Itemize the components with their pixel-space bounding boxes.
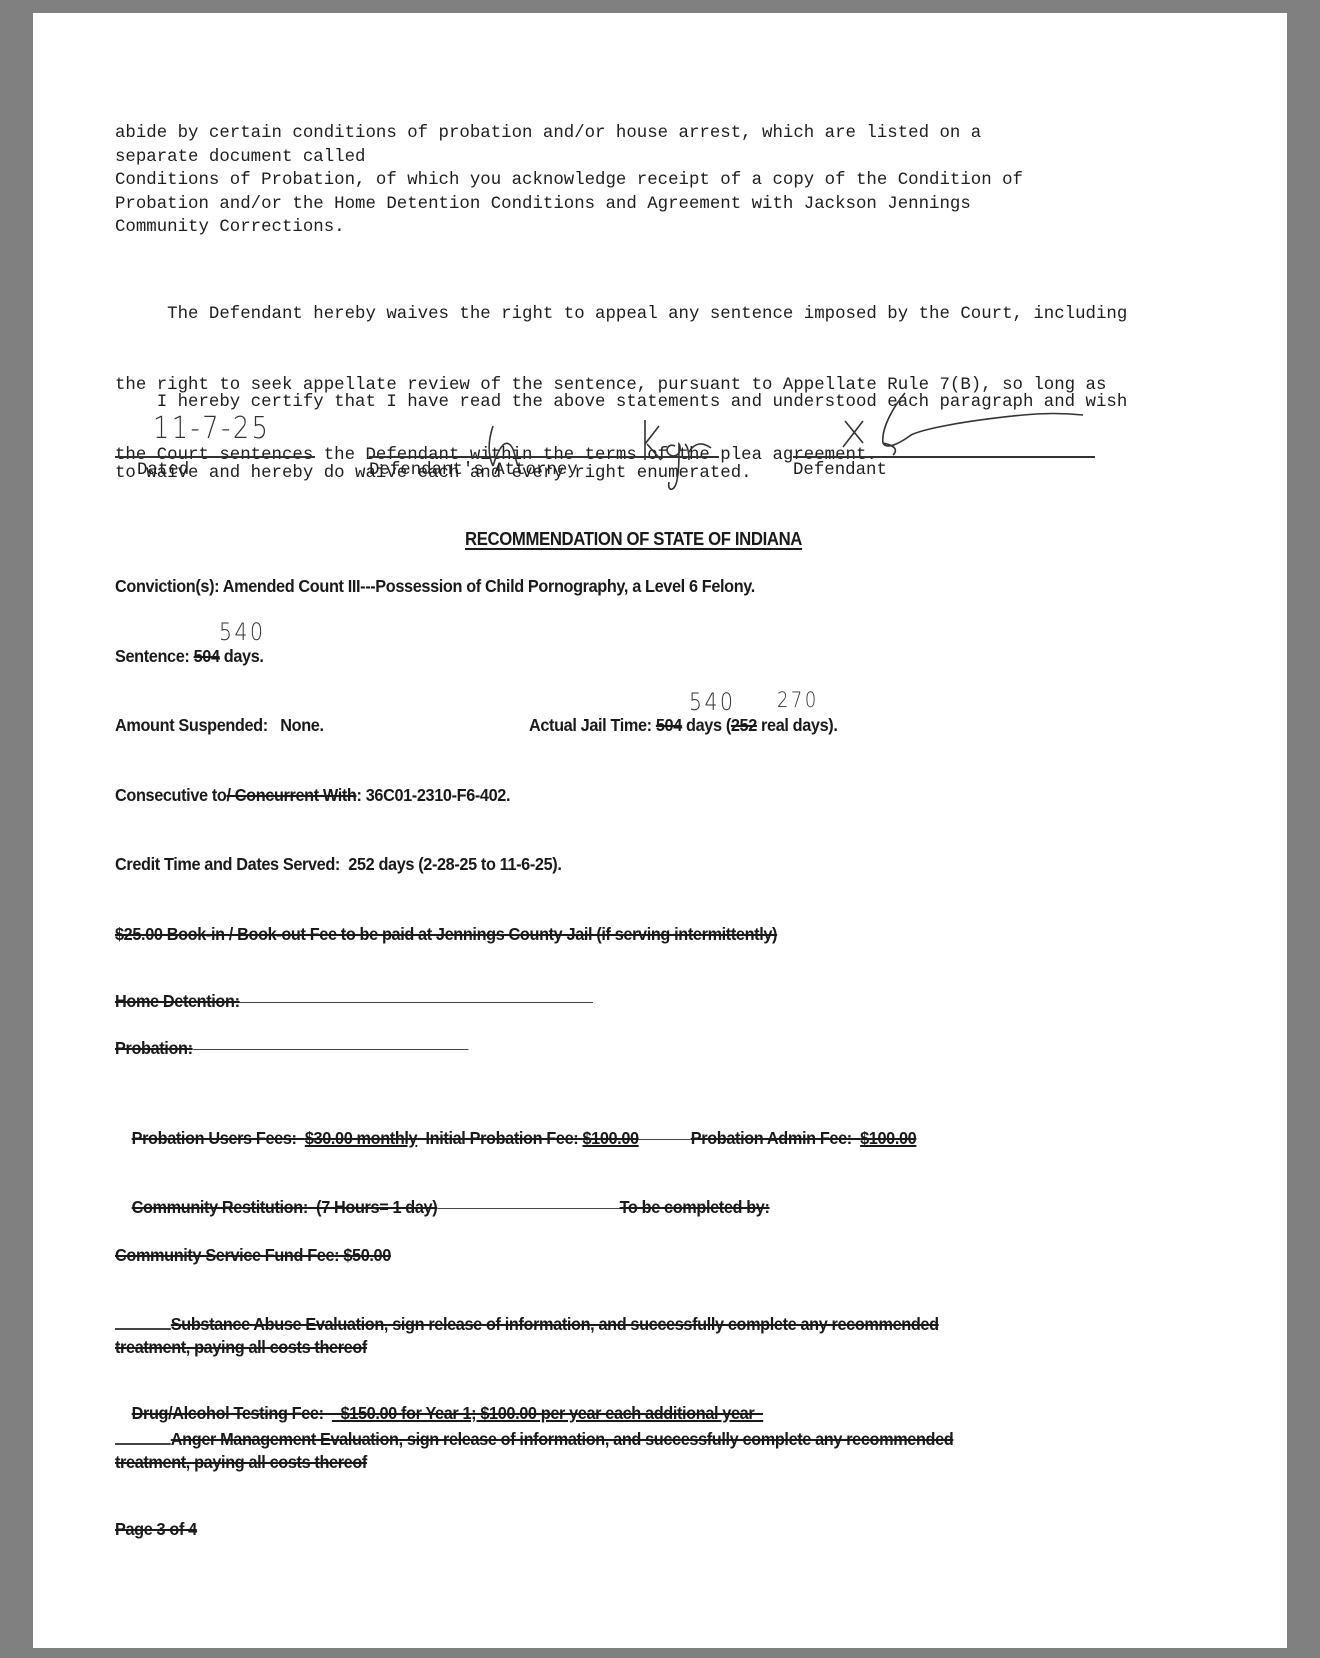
users-fee-value: $30.00 monthly <box>305 1128 417 1148</box>
consecutive-label: Consecutive to <box>115 785 226 805</box>
document-page: abide by certain conditions of probation… <box>33 13 1287 1648</box>
admin-fee-value: $100.00 <box>860 1128 916 1148</box>
community-service-fee-line: Community Service Fund Fee: $50.00 <box>115 1245 391 1266</box>
home-detention-label: Home Detention: <box>115 991 240 1011</box>
jail-time-label: Actual Jail Time: <box>529 715 656 735</box>
intro-paragraph: abide by certain conditions of probation… <box>115 122 1023 240</box>
dated-handwritten-value: 11-7-25 <box>153 411 270 446</box>
intro-line: Conditions of Probation, of which you ac… <box>115 169 1023 193</box>
substance-abuse-checkbox-blank <box>115 1328 171 1330</box>
substance-abuse-line: Substance Abuse Evaluation, sign release… <box>171 1314 939 1334</box>
anger-management-line: Anger Management Evaluation, sign releas… <box>171 1429 954 1449</box>
intro-line: separate document called <box>115 146 1023 170</box>
intro-line: abide by certain conditions of probation… <box>115 122 1023 146</box>
dated-label: Dated <box>137 459 189 483</box>
completed-by-label: To be completed by: <box>620 1197 770 1217</box>
jail-days-handwritten: 540 <box>689 688 736 716</box>
jail-real-days-struck: 252 <box>731 715 757 735</box>
users-fee-label: Probation Users Fees: <box>132 1128 305 1148</box>
defendant-label: Defendant <box>793 459 887 483</box>
jail-time-middle: days ( <box>682 715 731 735</box>
anger-management-checkbox-blank <box>115 1443 171 1445</box>
page-number: Page 3 of 4 <box>115 1519 197 1540</box>
jail-time-suffix: real days). <box>757 715 838 735</box>
book-in-fee-line: $25.00 Book-in / Book-out Fee to be paid… <box>115 924 777 945</box>
restitution-label: Community Restitution: (7 Hours= 1 day) <box>132 1197 438 1217</box>
intro-line: Probation and/or the Home Detention Cond… <box>115 193 1023 217</box>
recommendation-title: RECOMMENDATION OF STATE OF INDIANA <box>465 529 802 550</box>
substance-abuse-item: Substance Abuse Evaluation, sign release… <box>115 1313 939 1359</box>
anger-management-item: Anger Management Evaluation, sign releas… <box>115 1428 953 1474</box>
actual-jail-time: Actual Jail Time: 504 days (252 real day… <box>529 715 837 736</box>
sentence-struck-value: 504 <box>194 646 220 666</box>
consecutive-case-number: : 36C01-2310-F6-402. <box>357 785 511 805</box>
conviction-line: Conviction(s): Amended Count III---Posse… <box>115 576 755 597</box>
initial-fee-label: Initial Probation Fee: <box>417 1128 582 1148</box>
restitution-blank <box>437 1208 619 1209</box>
probation-blank <box>193 1049 468 1050</box>
drug-testing-value: _$150.00 for Year 1; $100.00 per year ea… <box>332 1403 763 1423</box>
probation-label: Probation: <box>115 1038 193 1058</box>
defendant-signature <box>823 391 1123 461</box>
amount-suspended: Amount Suspended: None. <box>115 715 324 736</box>
home-detention-blank <box>240 1002 593 1003</box>
sentence-line: Sentence: 504 days. <box>115 646 264 667</box>
jail-days-struck: 504 <box>656 715 682 735</box>
attorney-label: Defendant's Attorney <box>369 459 578 483</box>
sentence-suffix: days. <box>220 646 264 666</box>
consecutive-line: Consecutive to/ Concurrent With: 36C01-2… <box>115 785 510 806</box>
home-detention-line: Home Detention: <box>115 991 593 1012</box>
admin-fee-label: Probation Admin Fee: <box>691 1128 860 1148</box>
concurrent-struck: / Concurrent With <box>226 785 356 805</box>
probation-fees-line: Probation Users Fees: $30.00 monthly Ini… <box>115 1107 916 1170</box>
anger-management-line: treatment, paying all costs thereof <box>115 1451 953 1474</box>
community-restitution-line: Community Restitution: (7 Hours= 1 day)T… <box>115 1176 770 1239</box>
probation-line: Probation: <box>115 1038 468 1059</box>
initial-fee-value: $100.00 <box>582 1128 638 1148</box>
jail-real-days-handwritten: 270 <box>777 688 819 712</box>
dated-signature-line <box>115 456 315 458</box>
substance-abuse-line: treatment, paying all costs thereof <box>115 1336 939 1359</box>
intro-line: Community Corrections. <box>115 216 1023 240</box>
drug-testing-label: Drug/Alcohol Testing Fee: <box>132 1403 332 1423</box>
fee-separator <box>639 1139 691 1140</box>
credit-time-line: Credit Time and Dates Served: 252 days (… <box>115 854 561 875</box>
waiver-line: The Defendant hereby waives the right to… <box>115 303 1127 327</box>
sentence-handwritten-value: 540 <box>219 618 266 646</box>
sentence-label: Sentence: <box>115 646 194 666</box>
defendant-signature-line <box>793 456 1095 458</box>
attorney-signature-line <box>369 456 719 458</box>
